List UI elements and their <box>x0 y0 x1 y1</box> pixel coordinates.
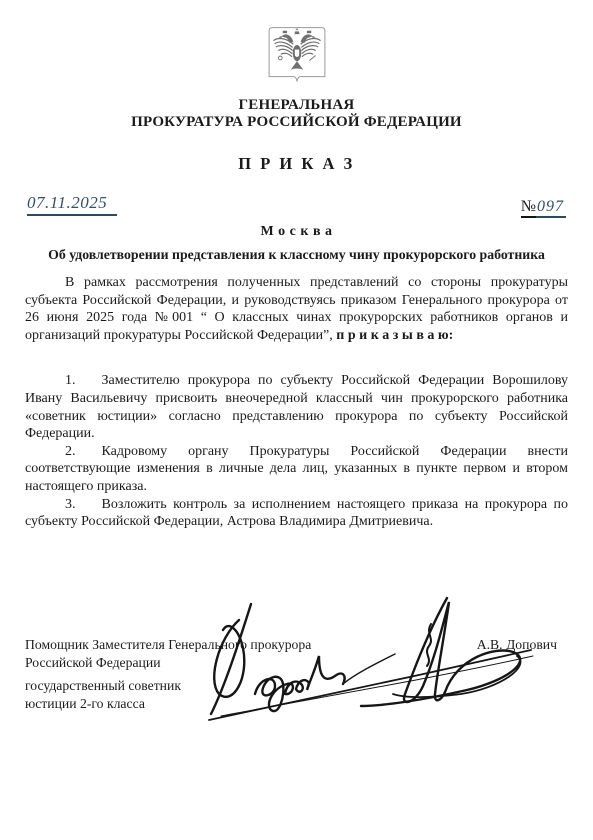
intro-paragraph: В рамках рассмотрения полученных предста… <box>25 274 568 344</box>
item-3-number: 3. <box>65 497 76 512</box>
date-number-row: 07.11.2025 №097 <box>27 193 566 216</box>
item-3-text: Возложить контроль за исполнением настоя… <box>25 497 568 530</box>
document-type-title: П Р И К А З <box>0 154 593 174</box>
item-2-text: Кадровому органу Прокуратуры Российской … <box>25 444 568 494</box>
order-number: №097 <box>521 198 566 216</box>
order-number-value: 097 <box>536 198 566 218</box>
order-item-2: 2.Кадровому органу Прокуратуры Российско… <box>25 443 568 496</box>
order-items: 1.Заместителю прокурора по субъекту Росс… <box>25 372 568 530</box>
intro-order-word: п р и к а з ы в а ю: <box>336 328 453 343</box>
order-item-1: 1.Заместителю прокурора по субъекту Росс… <box>25 372 568 442</box>
org-name: ГЕНЕРАЛЬНАЯ ПРОКУРАТУРА РОССИЙСКОЙ ФЕДЕР… <box>0 97 593 131</box>
signer-rank-line2: юстиции 2-го класса <box>25 695 568 713</box>
intro-lead-text: В рамках рассмотрения полученных предста… <box>25 275 568 343</box>
org-name-line1: ГЕНЕРАЛЬНАЯ <box>0 97 593 114</box>
signer-rank-line1: государственный советник <box>25 677 568 695</box>
org-name-line2: ПРОКУРАТУРА РОССИЙСКОЙ ФЕДЕРАЦИИ <box>0 114 593 131</box>
signature-block: Помощник Заместителя Генерального прокур… <box>25 636 568 713</box>
signer-name: А.В. Допович <box>477 636 557 654</box>
city-label: М о с к в а <box>0 224 593 240</box>
number-sign: № <box>521 198 536 218</box>
signer-position-line2: Российской Федерации <box>25 654 568 672</box>
order-subject: Об удовлетворении представления к классн… <box>0 247 593 263</box>
order-date: 07.11.2025 <box>27 193 117 216</box>
item-1-text: Заместителю прокурора по субъекту Россий… <box>25 373 568 441</box>
order-document-page: ГЕНЕРАЛЬНАЯ ПРОКУРАТУРА РОССИЙСКОЙ ФЕДЕР… <box>0 0 593 840</box>
order-body: В рамках рассмотрения полученных предста… <box>25 274 568 531</box>
russia-coat-of-arms-icon <box>266 25 328 91</box>
item-2-number: 2. <box>65 444 76 459</box>
order-item-3: 3.Возложить контроль за исполнением наст… <box>25 496 568 531</box>
item-1-number: 1. <box>65 373 76 388</box>
